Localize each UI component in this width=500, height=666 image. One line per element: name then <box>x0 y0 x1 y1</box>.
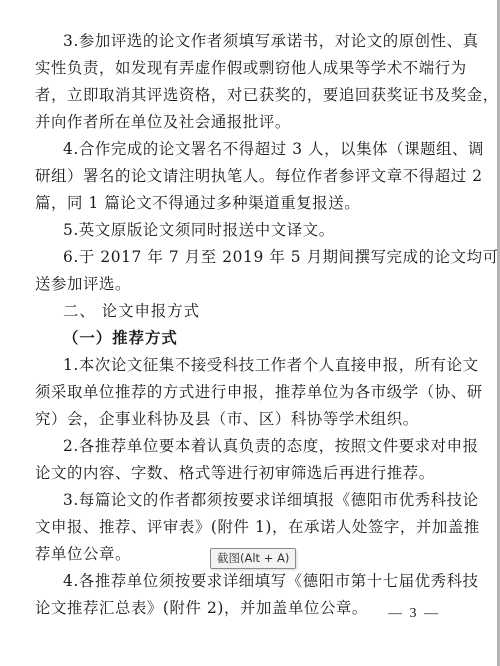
text-line: 送参加评选。 <box>35 271 433 298</box>
text-line: 论文推荐汇总表》(附件 2)，并加盖单位公章。 <box>35 595 433 622</box>
page-number: — 3 — <box>388 606 440 622</box>
text-line: 3.每篇论文的作者都须按要求详细填报《德阳市优秀科技论 <box>35 487 433 514</box>
text-line: 须采取单位推荐的方式进行申报，推荐单位为各市级学（协、研 <box>35 379 433 406</box>
text-line: 5.英文原版论文须同时报送中文译文。 <box>35 217 433 244</box>
text-line: 6.于 2017 年 7 月至 2019 年 5 月期间撰写完成的论文均可报 <box>35 244 433 271</box>
text-line: 2.各推荐单位要本着认真负责的态度，按照文件要求对申报 <box>35 433 433 460</box>
text-line: 4.各推荐单位须按要求详细填写《德阳市第十七届优秀科技 <box>35 568 433 595</box>
text-line: 4.合作完成的论文署名不得超过 3 人，以集体（课题组、调 <box>35 136 433 163</box>
text-line: 论文的内容、字数、格式等进行初审筛选后再进行推荐。 <box>35 460 433 487</box>
text-line: 实性负责，如发现有弄虚作假或剽窃他人成果等学术不端行为 <box>35 55 433 82</box>
text-line: 3.参加评选的论文作者须填写承诺书，对论文的原创性、真 <box>35 28 433 55</box>
text-line: 究）会，企事业科协及县（市、区）科协等学术组织。 <box>35 406 433 433</box>
section-heading: 二、 论文申报方式 <box>35 298 433 325</box>
text-line: 研组）署名的论文请注明执笔人。每位作者参评文章不得超过 2 <box>35 163 433 190</box>
text-line: 并向作者所在单位及社会通报批评。 <box>35 109 433 136</box>
document-body: 3.参加评选的论文作者须填写承诺书，对论文的原创性、真实性负责，如发现有弄虚作假… <box>35 28 433 622</box>
text-line: 文申报、推荐、评审表》(附件 1)，在承诺人处签字，并加盖推 <box>35 514 433 541</box>
text-line: 1.本次论文征集不接受科技工作者个人直接申报，所有论文 <box>35 352 433 379</box>
screenshot-tooltip: 截图(Alt + A) <box>210 548 296 569</box>
text-line: 篇，同 1 篇论文不得通过多种渠道重复报送。 <box>35 190 433 217</box>
subsection-heading: （一）推荐方式 <box>35 325 433 352</box>
text-line: 者，立即取消其评选资格，对已获奖的，要追回获奖证书及奖金， <box>35 82 433 109</box>
